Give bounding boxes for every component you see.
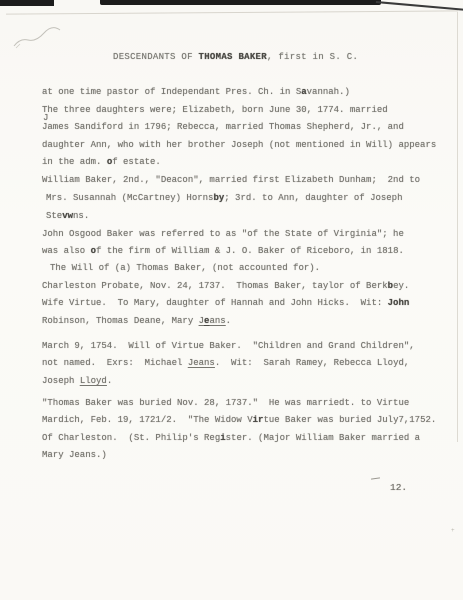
text-line: not named. Exrs: Michael Jeans. Wit: Sar… [42, 358, 409, 369]
text-line: Stevwns. [46, 211, 89, 222]
typed-insert-correction: J [43, 113, 48, 124]
page-number: 12. [390, 482, 407, 493]
text-segment: was also [42, 246, 91, 256]
text-segment: vannah.) [307, 87, 350, 97]
text-segment: Mardich, Feb. 19, 1721/2. "The Widow V [42, 415, 253, 425]
text-segment: John Osgood Baker was referred to as "of… [42, 229, 404, 239]
text-segment: . [226, 316, 231, 326]
text-segment: f the firm of William & J. O. Baker of R… [96, 246, 404, 256]
text-line: Mary Jeans.) [42, 450, 107, 461]
text-segment: THOMAS [199, 52, 233, 62]
text-line: in the adm. of estate. [42, 157, 161, 168]
text-segment: . Wit: Sarah Ramey, Rebecca Lloyd, [215, 358, 409, 368]
text-line: Charleston Probate, Nov. 24, 1737. Thoma… [42, 281, 409, 292]
text-line: The Will of (a) Thomas Baker, (not accou… [50, 263, 320, 274]
text-segment: Lloyd [80, 376, 107, 386]
text-segment: Wife Virtue. To Mary, daughter of Hannah… [42, 298, 388, 308]
text-line: daughter Ann, who with her brother Josep… [42, 140, 436, 151]
text-segment: Ste [46, 211, 62, 221]
text-segment: ster. (Major William Baker married a [226, 433, 420, 443]
text-segment: tue Baker was buried July7,1752. [263, 415, 436, 425]
text-segment: James Sandiford in 1796; Rebecca, marrie… [42, 122, 404, 132]
pencil-scribble-mark [10, 24, 70, 54]
text-line: March 9, 1754. Will of Virtue Baker. "Ch… [42, 341, 415, 352]
stray-pencil-tick [371, 477, 380, 479]
text-segment: The three daughters were; Elizabeth, bor… [42, 105, 388, 115]
scanned-document-page: + DESCENDANTS OF THOMAS BAKER, first in … [0, 0, 463, 600]
text-segment: The Will of (a) Thomas Baker, (not accou… [50, 263, 320, 273]
text-segment: "Thomas Baker was buried Nov. 28, 1737."… [42, 398, 409, 408]
text-line: at one time pastor of Independant Pres. … [42, 87, 350, 98]
text-line: Joseph Lloyd. [42, 376, 112, 387]
text-segment: not named. Exrs: Michael [42, 358, 188, 368]
text-segment: vw [62, 211, 73, 221]
text-segment: John [388, 298, 410, 308]
text-segment: f estate. [112, 157, 161, 167]
page-title: DESCENDANTS OF THOMAS BAKER, first in S.… [113, 52, 358, 63]
text-segment: ans [209, 316, 225, 326]
text-segment: Mary Jeans.) [42, 450, 107, 460]
page-edge-right [457, 12, 458, 442]
scan-edge-mark-middle [100, 0, 381, 5]
text-segment: ns. [73, 211, 89, 221]
text-segment: , first in S. C. [267, 52, 358, 62]
text-line: William Baker, 2nd., "Deacon", married f… [42, 175, 420, 186]
text-segment: ; 3rd. to Ann, daughter of Joseph [224, 193, 402, 203]
text-segment: March 9, 1754. Will of Virtue Baker. "Ch… [42, 341, 415, 351]
text-line: James Sandiford in 1796; Rebecca, marrie… [42, 122, 404, 133]
text-segment: in the adm. [42, 157, 107, 167]
text-line: Mrs. Susannah (McCartney) Hornsby; 3rd. … [46, 193, 402, 204]
text-segment: Of Charleston. (St. Philip's Reg [42, 433, 220, 443]
text-segment: Robinson, Thomas Deane, Mary [42, 316, 199, 326]
page-edge-top [6, 10, 458, 14]
text-segment: Jeans [188, 358, 215, 368]
text-segment: BAKER [238, 52, 267, 62]
text-segment: J [43, 113, 48, 123]
text-line: "Thomas Baker was buried Nov. 28, 1737."… [42, 398, 409, 409]
text-line: John Osgood Baker was referred to as "of… [42, 229, 404, 240]
text-segment: ir [253, 415, 264, 425]
text-segment: DESCENDANTS OF [113, 52, 199, 62]
text-segment: by [213, 193, 224, 203]
text-segment: at one time pastor of Independant Pres. … [42, 87, 301, 97]
text-line: Robinson, Thomas Deane, Mary Jeans. [42, 316, 231, 327]
text-segment: Joseph [42, 376, 80, 386]
scan-edge-mark-left [0, 0, 54, 6]
text-segment: ey. [393, 281, 409, 291]
text-line: Of Charleston. (St. Philip's Register. (… [42, 433, 420, 444]
text-segment: Mrs. Susannah (McCartney) Horns [46, 193, 213, 203]
text-line: Mardich, Feb. 19, 1721/2. "The Widow Vir… [42, 415, 436, 426]
text-line: The three daughters were; Elizabeth, bor… [42, 105, 388, 116]
stray-edge-mark: + [451, 529, 455, 533]
text-line: was also of the firm of William & J. O. … [42, 246, 404, 257]
text-segment: . [107, 376, 112, 386]
text-segment: Charleston Probate, Nov. 24, 1737. Thoma… [42, 281, 388, 291]
text-segment: daughter Ann, who with her brother Josep… [42, 140, 436, 150]
text-line: Wife Virtue. To Mary, daughter of Hannah… [42, 298, 409, 309]
text-segment: William Baker, 2nd., "Deacon", married f… [42, 175, 420, 185]
